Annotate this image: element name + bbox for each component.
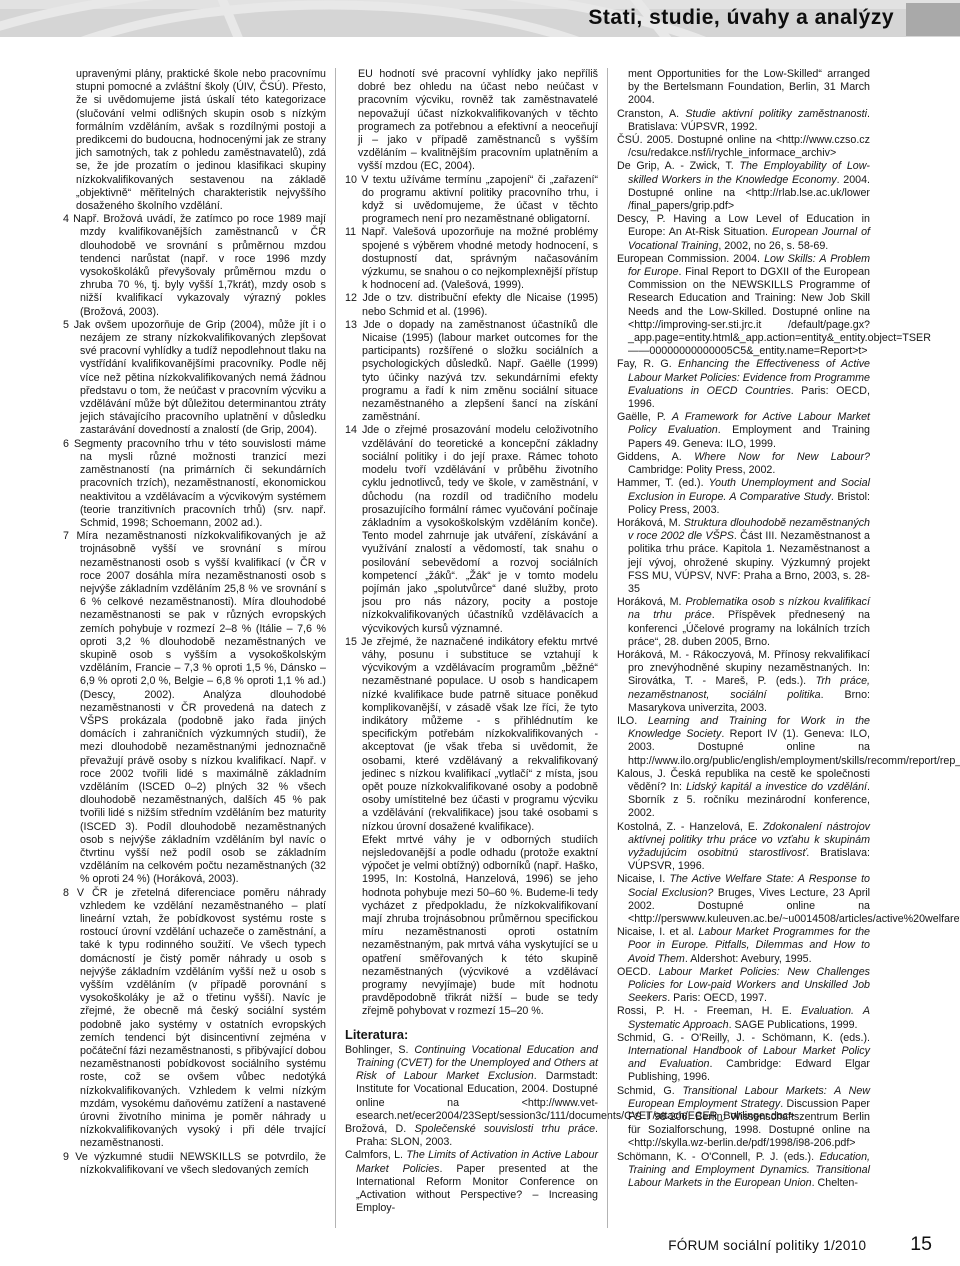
reference: Nicaise, I. et al. Labour Market Program… [617,926,870,966]
footnote: 5 Jak ovšem upozorňuje de Grip (2004), m… [63,319,326,438]
footnote: 11 Např. Valešová upozorňuje na možné pr… [345,226,598,292]
reference: Descy, P. Having a Low Level of Educatio… [617,213,870,253]
footnote-number: 6 [63,438,74,450]
footnote: 8 V ČR je zřetelná diferenciace poměru n… [63,887,326,1151]
column-1: upravenými plány, praktické škole nebo p… [63,68,335,1228]
footnote: 4 Např. Brožová uvádí, že zatímco po roc… [63,213,326,319]
reference: Horáková, M. Struktura dlouhodobě nezamě… [617,517,870,596]
footnote-number: 13 [345,319,363,331]
journal-title: FÓRUM sociální politiky 1/2010 [668,1238,866,1253]
column-2: EU hodnotí své pracovní vyhlídky jako ne… [335,68,607,1228]
footnote-number: 11 [345,226,361,238]
reference: ILO. Learning and Training for Work in t… [617,715,870,768]
reference: OECD. Labour Market Policies: New Challe… [617,966,870,1006]
reference: Kostolná, Z. - Hanzelová, E. Zdokonalení… [617,821,870,874]
footnote-number: 7 [63,530,77,542]
reference: Brožová, D. Společenské souvislosti trhu… [345,1123,598,1149]
footnote: 9 Ve výzkumné studii NEWSKILLS se potvrd… [63,1151,326,1177]
header-band: Stati, studie, úvahy a analýzy [0,0,960,37]
footnote-number: 9 [63,1151,75,1163]
text-continuation: upravenými plány, praktické škole nebo p… [63,68,326,213]
footnote-number: 4 [63,213,73,225]
reference: Bohlinger, S. Continuing Vocational Educ… [345,1044,598,1123]
footnote-number: 10 [345,174,361,186]
reference: Kalous, J. Česká republika na cestě ke s… [617,768,870,821]
reference: Cranston, A. Studie aktivní politiky zam… [617,108,870,134]
footnote-continuation: Efekt mrtvé váhy je v odborných studiích… [345,834,598,1019]
reference: De Grip, A. - Zwick, T. The Employabilit… [617,160,870,213]
footnote-number: 12 [345,292,362,304]
footnote-number: 14 [345,424,362,436]
reference: Horáková, M. Problematika osob s nízkou … [617,596,870,649]
footnote: 10 V textu užíváme termínu „zapojení“ či… [345,174,598,227]
reference: Giddens, A. Where Now for New Labour? Ca… [617,451,870,477]
text-continuation: EU hodnotí své pracovní vyhlídky jako ne… [345,68,598,174]
reference: Hammer, T. (ed.). Youth Unemployment and… [617,477,870,517]
page-number: 15 [910,1233,932,1256]
footnote: 14 Jde o zřejmé prosazování modelu celož… [345,424,598,635]
reference: Schömann, K. - O'Connell, P. J. (eds.). … [617,1151,870,1191]
reference: Schmid, G. - O'Reilly, J. - Schömann, K.… [617,1032,870,1085]
page-footer: FÓRUM sociální politiky 1/2010 15 [668,1233,932,1256]
page-header-title: Stati, studie, úvahy a analýzy [588,6,894,30]
reference: Nicaise, I. The Active Welfare State: A … [617,873,870,926]
reference: Fay, R. G. Enhancing the Effectiveness o… [617,358,870,411]
journal-page: { "header": { "title": "Stati, studie, ú… [0,0,960,1266]
reference: ČSÚ. 2005. Dostupné online na <http://ww… [617,134,870,160]
columns: upravenými plány, praktické škole nebo p… [63,68,915,1228]
footnote: 12 Jde o tzv. distribuční efekty dle Nic… [345,292,598,318]
reference: Schmid, G. Transitional Labour Markets: … [617,1085,870,1151]
literature-heading: Literatura: [345,1028,598,1041]
reference-continuation: ment Opportunities for the Low-Skilled“ … [617,68,870,108]
footnote: 7 Míra nezaměstnanosti nízkokvalifikovan… [63,530,326,886]
reference: Rossi, P. H. - Freeman, H. E. Evaluation… [617,1005,870,1031]
reference: European Commission. 2004. Low Skills: A… [617,253,870,359]
reference: Calmfors, L. The Limits of Activation in… [345,1149,598,1215]
footnote: 6 Segmenty pracovního trhu v této souvis… [63,438,326,530]
footnote: 13 Jde o dopady na zaměstnanost účastník… [345,319,598,425]
footnote-number: 8 [63,887,77,899]
footnote: 15 Je zřejmé, že naznačené indikátory ef… [345,636,598,834]
header-corner-square [906,3,960,36]
footnote-number: 5 [63,319,74,331]
reference: Gaëlle, P. A Framework for Active Labour… [617,411,870,451]
footnote-number: 15 [345,636,361,648]
reference: Horáková, M. - Rákoczyová, M. Přínosy re… [617,649,870,715]
column-3: ment Opportunities for the Low-Skilled“ … [607,68,879,1228]
